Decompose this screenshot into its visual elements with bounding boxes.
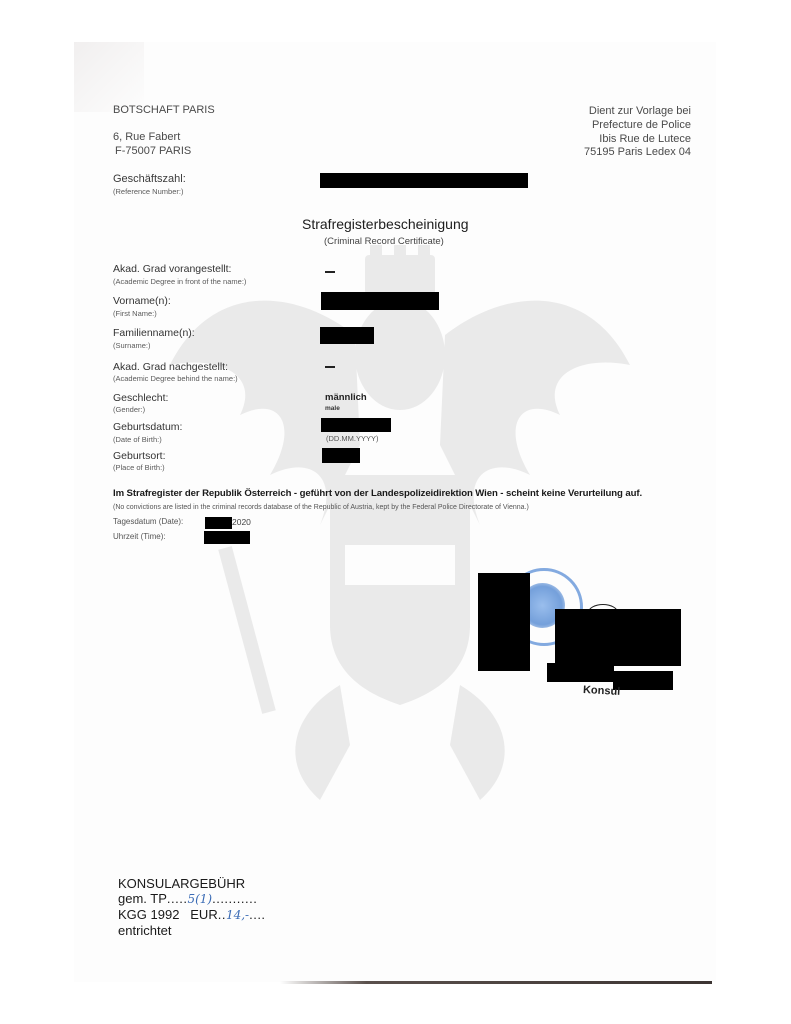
field-label-surname: Familienname(n): — [113, 327, 195, 339]
field-sublabel-degree-before: (Academic Degree in front of the name:) — [113, 277, 246, 286]
stamp-redaction — [478, 573, 530, 671]
recipient-line1: Dient zur Vorlage bei — [589, 105, 691, 117]
fee-tariff-value: 5(1) — [187, 892, 212, 906]
field-value-degree-before — [325, 271, 335, 273]
field-sublabel-first-name: (First Name:) — [113, 309, 157, 318]
signature-redaction — [555, 609, 681, 666]
field-label-degree-after: Akad. Grad nachgestellt: — [113, 361, 228, 373]
reference-label: Geschäftszahl: — [113, 173, 186, 185]
birth-date-format: (DD.MM.YYYY) — [326, 434, 379, 443]
fee-block: KONSULARGEBÜHR gem. TP.....5(1).........… — [118, 876, 266, 938]
gender-value: männlich — [325, 392, 367, 403]
recipient-line2: Prefecture de Police — [592, 119, 691, 131]
sender-name: BOTSCHAFT PARIS — [113, 104, 215, 116]
issue-time-redaction — [204, 531, 250, 544]
surname-redaction — [320, 327, 374, 344]
field-sublabel-degree-after: (Academic Degree behind the name:) — [113, 374, 238, 383]
field-label-degree-before: Akad. Grad vorangestellt: — [113, 263, 231, 275]
scan-shadow — [74, 42, 144, 112]
signer-name-redaction-right — [613, 671, 673, 690]
signer-title: Konsul — [583, 684, 621, 698]
recipient-line3: Ibis Rue de Lutece — [599, 133, 691, 145]
fee-amount-line: KGG 1992 EUR..14,-.... — [118, 907, 266, 923]
reference-sublabel: (Reference Number:) — [113, 187, 183, 196]
sender-address-line2: F-75007 PARIS — [115, 145, 191, 157]
field-sublabel-gender: (Gender:) — [113, 405, 145, 414]
birth-date-redaction — [321, 418, 391, 432]
field-label-birth-date: Geburtsdatum: — [113, 421, 182, 433]
birth-place-redaction — [322, 448, 360, 463]
no-convictions-translation: (No convictions are listed in the crimin… — [113, 504, 529, 511]
fee-tariff-prefix: gem. TP — [118, 891, 167, 906]
field-label-birth-place: Geburtsort: — [113, 450, 166, 462]
field-value-degree-after — [325, 366, 335, 368]
field-sublabel-surname: (Surname:) — [113, 341, 151, 350]
first-name-redaction — [321, 292, 439, 310]
reference-number-redaction — [320, 173, 528, 188]
document-subtitle: (Criminal Record Certificate) — [324, 236, 444, 247]
signer-name-redaction-left — [547, 663, 614, 682]
issue-date-label: Tagesdatum (Date): — [113, 517, 183, 526]
field-label-gender: Geschlecht: — [113, 392, 168, 404]
no-convictions-statement: Im Strafregister der Republik Österreich… — [113, 488, 642, 499]
issue-date-redaction — [205, 517, 232, 529]
field-label-first-name: Vorname(n): — [113, 295, 171, 307]
issue-time-label: Uhrzeit (Time): — [113, 532, 166, 541]
field-sublabel-birth-date: (Date of Birth:) — [113, 435, 162, 444]
fee-amount-prefix: KGG 1992 EUR — [118, 907, 218, 922]
fee-tariff-line: gem. TP.....5(1)........... — [118, 891, 266, 907]
page-bottom-edge — [280, 981, 712, 984]
gender-value-english: male — [325, 405, 340, 412]
fee-heading: KONSULARGEBÜHR — [118, 876, 266, 891]
fee-paid-label: entrichtet — [118, 923, 266, 938]
fee-amount-value: 14,- — [226, 908, 249, 922]
document-title: Strafregisterbescheinigung — [302, 216, 469, 232]
field-sublabel-birth-place: (Place of Birth:) — [113, 463, 165, 472]
recipient-line4: 75195 Paris Ledex 04 — [584, 146, 691, 158]
issue-date-year: 2020 — [232, 517, 251, 527]
sender-address-line1: 6, Rue Fabert — [113, 131, 180, 143]
